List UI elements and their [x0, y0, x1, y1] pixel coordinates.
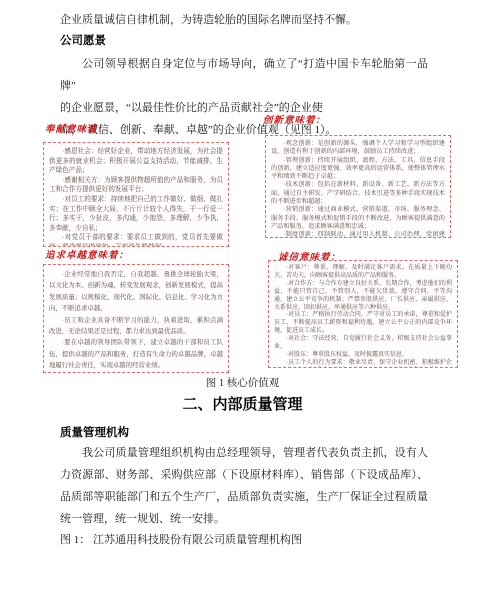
value-item: ·技术创新：包括在新材料、新设备、新工艺、新方法等方面，通过自主研发、产学研结合… [271, 181, 445, 206]
value-label-dedication: 奉献意味着： [45, 121, 108, 135]
value-box-integrity: ·对客户：尊重、理解、及时满足客户需求，在质量上下硬功夫、苦功夫，向顾客提供高品… [268, 260, 458, 368]
value-item: ·员工和企业具备不断学习的能力，执着进取，累积点滴改进，无论结果还是过程，都力求… [49, 315, 223, 338]
value-item: ·要在卓越的领导团队带领下，建立卓越的干部和员工队伍，提供卓越的产品和服务，打造… [49, 337, 223, 371]
value-item: ·对党员干部的要求：要求员工做到的，党员首先要做到；要求党员做到的，干部首先要做… [49, 233, 223, 247]
value-item: ·观念创新：是创新的源头，强调个人学习和学习型组织建设，创造有利于创新的内部环境… [271, 140, 445, 157]
value-box-innovation: ·观念创新：是创新的源头，强调个人学习和学习型组织建设，创造有利于创新的内部环境… [265, 135, 451, 238]
section-heading: 二、内部质量管理 [0, 393, 485, 414]
core-values-figure: 奉献意味着： ·感恩社会：经营好企业，带动地方经济发展，为社会提供更多的就业机会… [0, 108, 485, 378]
intro-paragraph: 企业质量诚信自律机制，为铸造轮胎的国际名牌而坚持不懈。 [60, 9, 430, 31]
value-item: ·员工个人的行为要求：敬业尽责、保守企业机密、积极维护企业形象、如实提供个人信息… [274, 360, 452, 368]
figure-caption: 图 1 核心价值观 [0, 375, 485, 390]
value-item: ·对社会：守法经营，自觉履行社会义务，积极支持社会公益事业。 [274, 336, 452, 352]
vision-heading: 公司愿景 [60, 32, 106, 48]
figure-1-label: 图 1： 江苏通用科技股份有限公司质量管理机构图 [60, 529, 440, 551]
value-item: ·感恩社会：经营好企业，带动地方经济发展，为社会提供更多的就业机会；积极开展公益… [49, 147, 223, 176]
value-item: ·感谢相关方：为顾客提供物超所值的产品和服务，为员工和合作方提供更好的发展平台； [49, 176, 223, 195]
value-box-dedication: ·感恩社会：经营好企业，带动地方经济发展，为社会提供更多的就业机会；积极开展公益… [43, 142, 229, 247]
value-label-excellence: 追求卓越意味着： [45, 247, 129, 261]
value-item: ·对客户：尊重、理解、及时满足客户需求，在质量上下硬功夫、苦功夫，向顾客提供高品… [274, 265, 452, 281]
value-item: ·营销创新：通过商业模式、营销渠道、市场、服务理念、服务手段、服务模式和促销手段… [271, 206, 445, 231]
value-item: ·对股东：尊重股东权益，及时披露真实信息。 [274, 352, 452, 360]
subsection-heading: 质量管理机构 [60, 424, 129, 440]
value-item: ·对合作方：与合作方建立良好关系，长期合作，考虑他们的利益，不能只管自己，不管别… [274, 281, 452, 313]
value-item: ·制度创新：四制联动，通过用人机制、公司治理、党团建设的创新，提高组织的凝聚力、… [271, 231, 445, 238]
value-box-excellence: ·企业经常地自我否定，自我超越，勇挑全球轮胎大梁，以文化为本、创新为魂，转变发展… [43, 264, 229, 373]
value-label-innovation: 创新意味着： [263, 112, 326, 126]
value-item: ·管理创新：持续开展组织、流程、方法、工具、信息手段的创新，建立适应度更强、效率… [271, 157, 445, 182]
value-item: ·对员工：严格执行劳动合同，严守对员工的承诺，尊重和爱护员工，不断提高员工薪资和… [274, 312, 452, 336]
value-item: ·对员工的要求：持续地把自己的工作做好、做细、做扎实；在工作中顾全大局，不斤斤计… [49, 195, 223, 233]
document-page: { "page": { "intro_line": "企业质量诚信自律机制，为铸… [0, 0, 485, 602]
org-structure-paragraph: 我公司质量管理组织机构由总经理领导，管理者代表负责主抓，设有人力资源部、财务部、… [60, 442, 428, 530]
value-item: ·企业经常地自我否定，自我超越，勇挑全球轮胎大梁，以文化为本、创新为魂，转变发展… [49, 269, 223, 315]
